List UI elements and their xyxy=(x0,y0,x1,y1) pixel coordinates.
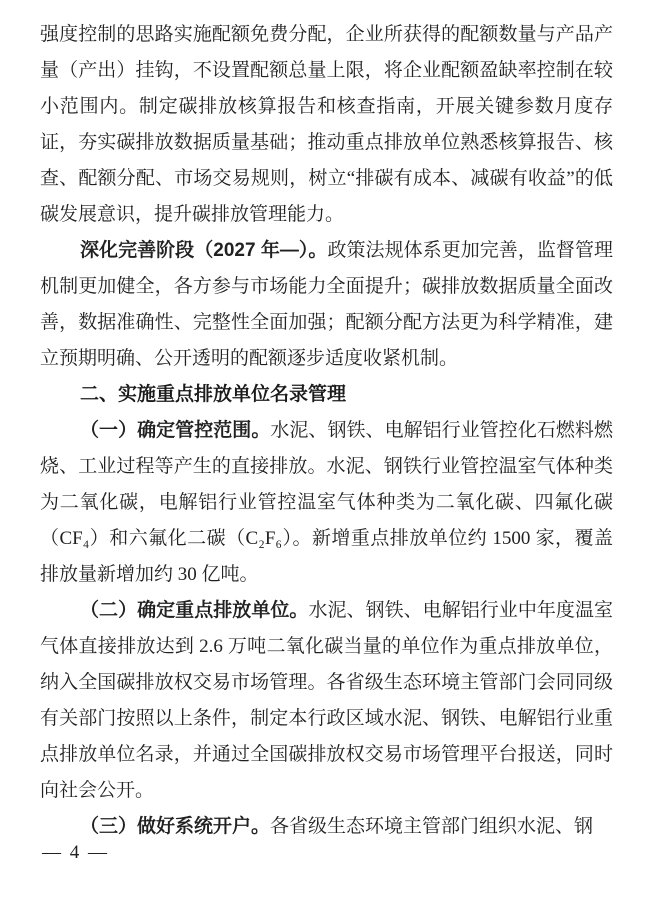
page-footer: — 4 — xyxy=(42,843,109,863)
page-number: — 4 — xyxy=(42,842,109,863)
paragraph-text: 水泥、钢铁、电解铝行业中年度温室气体直接排放达到 2.6 万吨二氧化碳当量的单位… xyxy=(40,600,613,801)
section-heading: 二、实施重点排放单位名录管理 xyxy=(40,377,613,413)
paragraph-bold-lead: 深化完善阶段（2027 年—）。 xyxy=(80,240,327,261)
paragraph-text: 水泥、钢铁、电解铝行业管控化石燃料燃烧、工业过程等产生的直接排放。水泥、钢铁行业… xyxy=(40,420,613,585)
paragraph-bold-lead: （三）做好系统开户。 xyxy=(80,816,270,837)
paragraph-key-emission-units: （二）确定重点排放单位。水泥、钢铁、电解铝行业中年度温室气体直接排放达到 2.6… xyxy=(40,593,613,809)
paragraph-text: 各省级生态环境主管部门组织水泥、钢 xyxy=(270,816,593,837)
document-body: 强度控制的思路实施配额免费分配，企业所获得的配额数量与产品产量（产出）挂钩，不设… xyxy=(40,17,613,845)
paragraph-control-scope: （一）确定管控范围。水泥、钢铁、电解铝行业管控化石燃料燃烧、工业过程等产生的直接… xyxy=(40,413,613,593)
paragraph-bold-lead: （二）确定重点排放单位。 xyxy=(80,600,308,621)
document-page: 强度控制的思路实施配额免费分配，企业所获得的配额数量与产品产量（产出）挂钩，不设… xyxy=(0,0,649,897)
paragraph-text: 强度控制的思路实施配额免费分配，企业所获得的配额数量与产品产量（产出）挂钩，不设… xyxy=(40,24,613,225)
paragraph-deepening-stage: 深化完善阶段（2027 年—）。政策法规体系更加完善，监督管理机制更加健全，各方… xyxy=(40,233,613,377)
paragraph-bold-lead: （一）确定管控范围。 xyxy=(80,420,270,441)
paragraph-quota-allocation: 强度控制的思路实施配额免费分配，企业所获得的配额数量与产品产量（产出）挂钩，不设… xyxy=(40,17,613,233)
paragraph-system-account: （三）做好系统开户。各省级生态环境主管部门组织水泥、钢 xyxy=(40,809,613,845)
